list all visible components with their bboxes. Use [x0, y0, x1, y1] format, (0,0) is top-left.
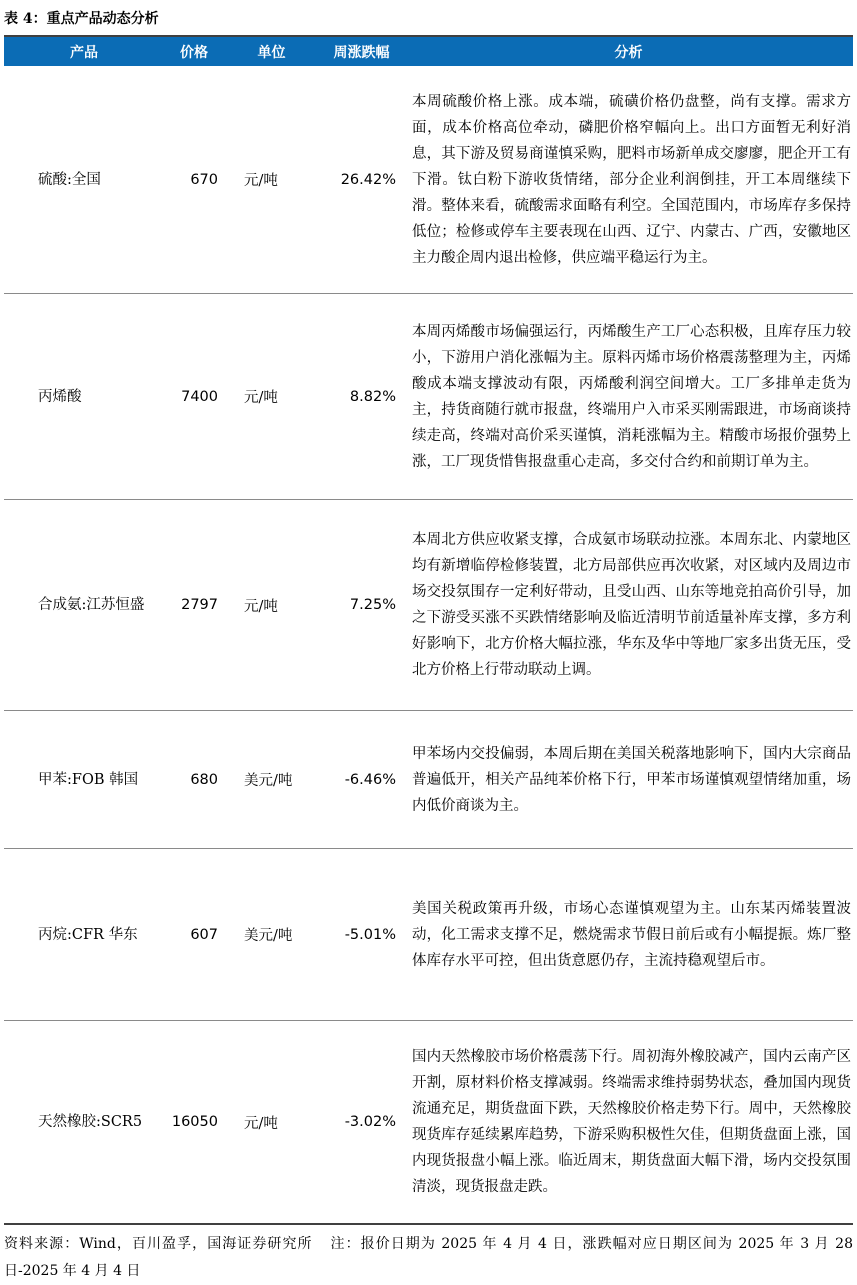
- change-value: 8.82%: [350, 389, 396, 405]
- change-value: -5.01%: [345, 927, 396, 943]
- change-cell: 26.42%: [319, 66, 404, 294]
- unit-cell: 元/吨: [224, 294, 319, 500]
- price-cell: 680: [164, 711, 224, 849]
- product-cell: 甲苯:FOB 韩国: [4, 711, 164, 849]
- unit-label: 元/吨: [244, 1116, 278, 1132]
- header-cell-price: 价格: [164, 36, 224, 66]
- analysis-text: 国内天然橡胶市场价格震荡下行。周初海外橡胶减产，国内云南产区开割，原材料价格支撑…: [412, 1049, 851, 1195]
- analysis-text: 甲苯场内交投偏弱，本周后期在美国关税落地影响下，国内大宗商品普遍低开，相关产品纯…: [412, 746, 851, 814]
- header-cell-product: 产品: [4, 36, 164, 66]
- change-value: -6.46%: [345, 772, 396, 788]
- analysis-cell: 本周丙烯酸市场偏强运行，丙烯酸生产工厂心态积极，且库存压力较小，下游用户消化涨幅…: [404, 294, 853, 500]
- price-cell: 670: [164, 66, 224, 294]
- table-footer: 资料来源：Wind，百川盈孚，国海证券研究所注：报价日期为 2025 年 4 月…: [4, 1231, 853, 1285]
- analysis-cell: 本周北方供应收紧支撑，合成氨市场联动拉涨。本周东北、内蒙地区均有新增临停检修装置…: [404, 500, 853, 711]
- change-value: 26.42%: [341, 172, 396, 188]
- product-cell: 天然橡胶:SCR5: [4, 1021, 164, 1225]
- table-body: 硫酸:全国 670 元/吨 26.42% 本周硫酸价格上涨。成本端，硫磺价格仍盘…: [4, 66, 853, 1224]
- table-row: 丙烯酸 7400 元/吨 8.82% 本周丙烯酸市场偏强运行，丙烯酸生产工厂心态…: [4, 294, 853, 500]
- unit-cell: 美元/吨: [224, 849, 319, 1021]
- product-name: 合成氨:江苏恒盛: [38, 597, 144, 613]
- header-cell-analysis: 分析: [404, 36, 853, 66]
- product-name: 丙烯酸: [38, 389, 82, 405]
- table-row: 天然橡胶:SCR5 16050 元/吨 -3.02% 国内天然橡胶市场价格震荡下…: [4, 1021, 853, 1225]
- price-value: 680: [190, 772, 218, 788]
- unit-label: 美元/吨: [244, 928, 292, 944]
- analysis-cell: 甲苯场内交投偏弱，本周后期在美国关税落地影响下，国内大宗商品普遍低开，相关产品纯…: [404, 711, 853, 849]
- analysis-text: 美国关税政策再升级，市场心态谨慎观望为主。山东某丙烯装置波动，化工需求支撑不足，…: [412, 901, 851, 969]
- table-row: 合成氨:江苏恒盛 2797 元/吨 7.25% 本周北方供应收紧支撑，合成氨市场…: [4, 500, 853, 711]
- product-name: 丙烷:CFR 华东: [38, 927, 138, 943]
- price-cell: 16050: [164, 1021, 224, 1225]
- unit-label: 元/吨: [244, 390, 278, 406]
- analysis-cell: 美国关税政策再升级，市场心态谨慎观望为主。山东某丙烯装置波动，化工需求支撑不足，…: [404, 849, 853, 1021]
- price-value: 16050: [172, 1114, 218, 1130]
- price-cell: 2797: [164, 500, 224, 711]
- page-title: 表 4：重点产品动态分析: [0, 0, 857, 35]
- product-cell: 硫酸:全国: [4, 66, 164, 294]
- price-cell: 7400: [164, 294, 224, 500]
- unit-cell: 元/吨: [224, 500, 319, 711]
- analysis-text: 本周丙烯酸市场偏强运行，丙烯酸生产工厂心态积极，且库存压力较小，下游用户消化涨幅…: [412, 324, 851, 470]
- report-table-page: 表 4：重点产品动态分析 产品 价格 单位 周涨跌幅 分析 硫酸:全国 670 …: [0, 0, 857, 1285]
- change-cell: 8.82%: [319, 294, 404, 500]
- table-row: 硫酸:全国 670 元/吨 26.42% 本周硫酸价格上涨。成本端，硫磺价格仍盘…: [4, 66, 853, 294]
- analysis-cell: 国内天然橡胶市场价格震荡下行。周初海外橡胶减产，国内云南产区开割，原材料价格支撑…: [404, 1021, 853, 1225]
- unit-cell: 元/吨: [224, 1021, 319, 1225]
- price-cell: 607: [164, 849, 224, 1021]
- table-row: 丙烷:CFR 华东 607 美元/吨 -5.01% 美国关税政策再升级，市场心态…: [4, 849, 853, 1021]
- analysis-text: 本周北方供应收紧支撑，合成氨市场联动拉涨。本周东北、内蒙地区均有新增临停检修装置…: [412, 532, 851, 678]
- products-table: 产品 价格 单位 周涨跌幅 分析 硫酸:全国 670 元/吨 26.42% 本周…: [4, 35, 853, 1225]
- product-name: 硫酸:全国: [38, 172, 101, 188]
- change-cell: -3.02%: [319, 1021, 404, 1225]
- change-value: -3.02%: [345, 1114, 396, 1130]
- change-cell: -5.01%: [319, 849, 404, 1021]
- footer-source: 资料来源：Wind，百川盈孚，国海证券研究所: [4, 1236, 313, 1252]
- product-name: 甲苯:FOB 韩国: [38, 772, 138, 788]
- unit-cell: 元/吨: [224, 66, 319, 294]
- unit-cell: 美元/吨: [224, 711, 319, 849]
- price-value: 607: [190, 927, 218, 943]
- change-cell: -6.46%: [319, 711, 404, 849]
- product-cell: 合成氨:江苏恒盛: [4, 500, 164, 711]
- product-cell: 丙烯酸: [4, 294, 164, 500]
- change-value: 7.25%: [350, 597, 396, 613]
- analysis-cell: 本周硫酸价格上涨。成本端，硫磺价格仍盘整，尚有支撑。需求方面，成本价格高位牵动，…: [404, 66, 853, 294]
- price-value: 7400: [181, 389, 218, 405]
- unit-label: 元/吨: [244, 599, 278, 615]
- product-name: 天然橡胶:SCR5: [38, 1114, 142, 1130]
- product-cell: 丙烷:CFR 华东: [4, 849, 164, 1021]
- change-cell: 7.25%: [319, 500, 404, 711]
- unit-label: 美元/吨: [244, 773, 292, 789]
- analysis-text: 本周硫酸价格上涨。成本端，硫磺价格仍盘整，尚有支撑。需求方面，成本价格高位牵动，…: [412, 94, 851, 266]
- price-value: 670: [190, 172, 218, 188]
- header-cell-change: 周涨跌幅: [319, 36, 404, 66]
- table-header-row: 产品 价格 单位 周涨跌幅 分析: [4, 36, 853, 66]
- table-row: 甲苯:FOB 韩国 680 美元/吨 -6.46% 甲苯场内交投偏弱，本周后期在…: [4, 711, 853, 849]
- header-cell-unit: 单位: [224, 36, 319, 66]
- unit-label: 元/吨: [244, 173, 278, 189]
- price-value: 2797: [181, 597, 218, 613]
